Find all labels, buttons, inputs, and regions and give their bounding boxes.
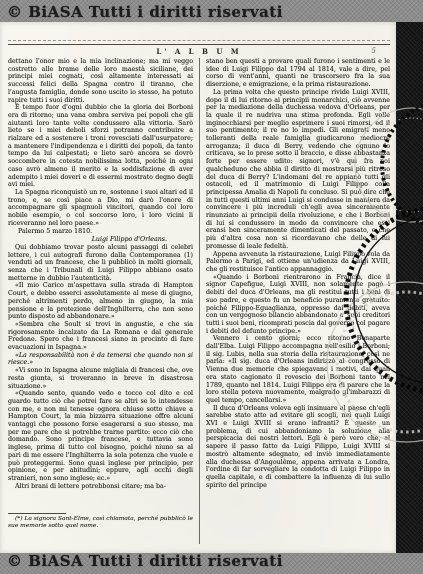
paragraph: «Quando i Borboni rientrarono in Francia…	[206, 274, 390, 336]
scan-dark-margin	[396, 22, 423, 553]
paragraph: Altri brani di lettere potrebbonsi citar…	[8, 483, 193, 491]
paragraph: Appena avvenuta la ristaurazione, Luigi …	[206, 251, 390, 274]
left-column: dettano l'onor mio e la mia inclinazione…	[8, 58, 199, 544]
copyright-watermark-top: © BiASA Tutti i diritti riservati	[7, 3, 283, 21]
footnote-text: (*) La signora Sant-Elme, così chiamata,…	[8, 516, 193, 530]
paragraph: Qui dobbiamo trovar posto alcuni passagg…	[8, 244, 193, 283]
paragraph: «La responsabilità non è da temersi che …	[8, 352, 193, 367]
paragraph: Il duca d'Orleans voleva egli insinuare …	[206, 405, 390, 490]
footnote-separator-rule	[8, 513, 66, 514]
paragraph: «Vi sono in Ispagna alcune migliaia di f…	[8, 367, 193, 390]
copyright-watermark-bottom: © BiASA Tutti i diritti riservati	[7, 552, 283, 570]
paragraph: «Sembra che Soult si trovi in angustie, …	[8, 321, 193, 352]
paragraph: «Il mio Carico m'aspettava sulla strada …	[8, 282, 193, 321]
paragraph: È tempo fuor d'ogni dubbio che la gloria…	[8, 104, 193, 189]
right-column: stano ben questi a provare quali furono …	[199, 58, 390, 544]
letter-date: Palermo 5 marzo 1810.	[8, 228, 193, 236]
page-number: 5	[372, 47, 376, 55]
paragraph: dettano l'onor mio e la mia inclinazione…	[8, 58, 193, 104]
two-column-text: dettano l'onor mio e la mia inclinazione…	[8, 58, 390, 544]
letter-signature: Luigi Filippo d'Orleans.	[8, 236, 193, 244]
page-header: L' A L B U M 5	[8, 44, 390, 58]
journal-page: L' A L B U M 5 dettano l'onor mio e la m…	[0, 22, 396, 553]
scanned-document: { "watermark": { "top": "© BiASA Tutti i…	[0, 0, 423, 574]
paragraph: Vennero i cento giorni; ecco ritorno Bon…	[206, 335, 390, 404]
journal-title: L' A L B U M	[8, 47, 390, 56]
footnote-block: (*) La signora Sant-Elme, così chiamata,…	[8, 509, 193, 544]
page-content: L' A L B U M 5 dettano l'onor mio e la m…	[8, 40, 390, 545]
paragraph: La prima volta che questo principe rivid…	[206, 89, 390, 251]
header-dashed-rule	[8, 40, 390, 43]
paragraph: stano ben questi a provare quali furono …	[206, 58, 390, 89]
paragraph: La Spagna riconquistò un re, sostenne i …	[8, 189, 193, 228]
paragraph: «Quando sento, quando vedo e tocco col d…	[8, 390, 193, 482]
